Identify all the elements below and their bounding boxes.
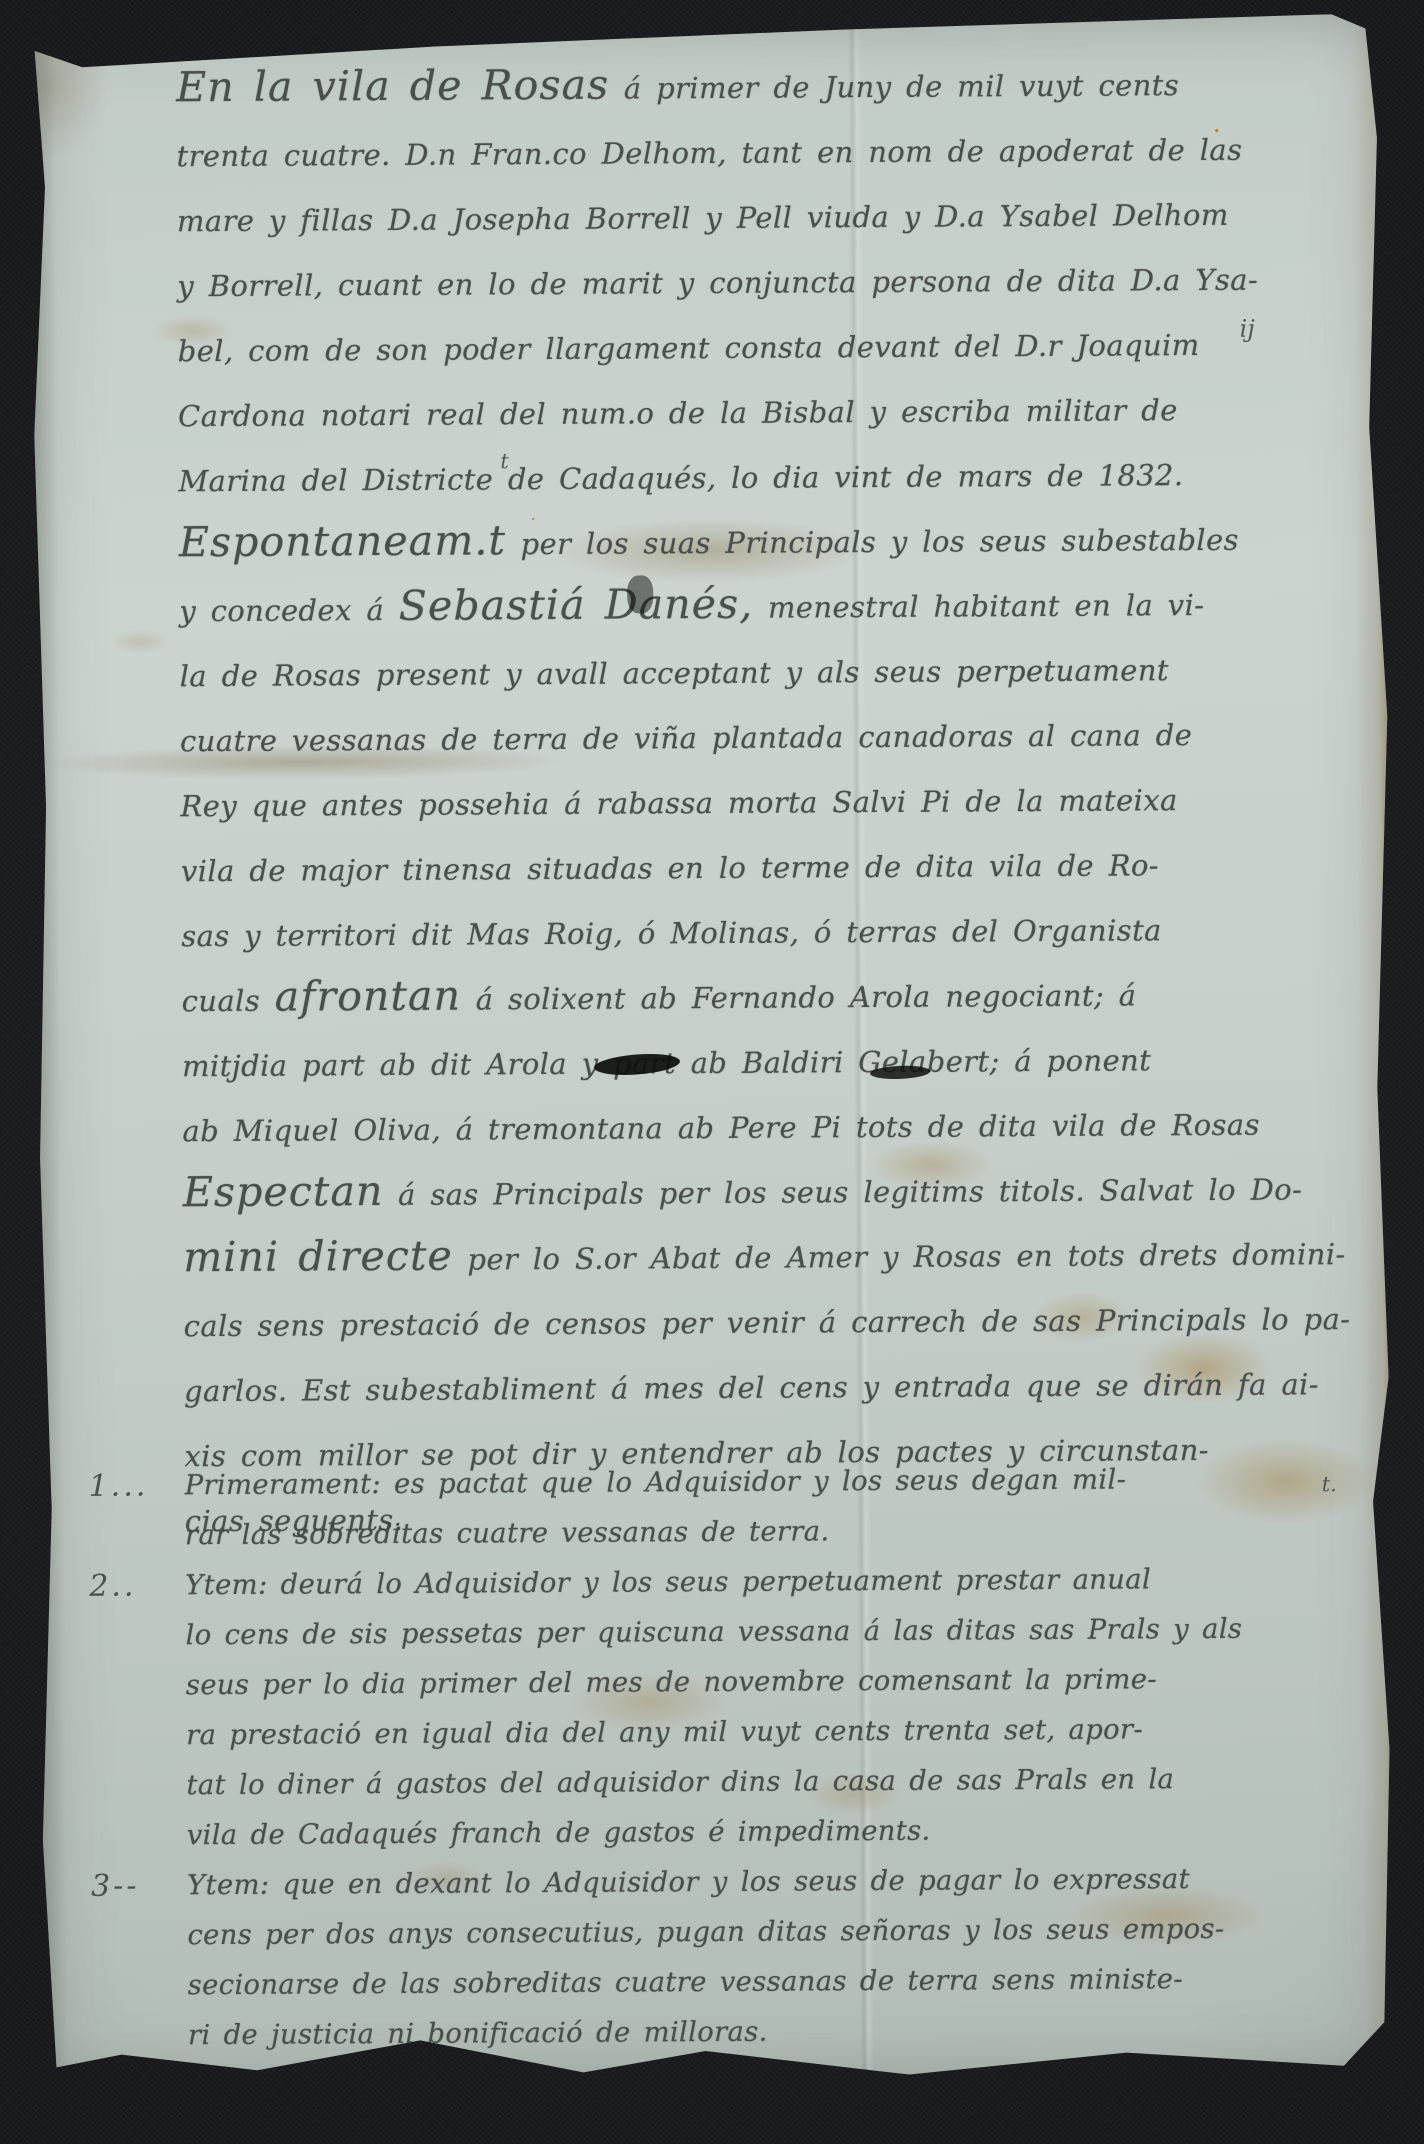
line-rest: Ytem: que en dexant lo Adquisidor y los … [187, 1863, 1190, 1901]
manuscript-line: y Borrell, cuant en lo de marit y conjun… [177, 245, 1371, 317]
line-rest: seus per lo dia primer del mes de novemb… [186, 1663, 1157, 1701]
line-pre: cuals [182, 984, 275, 1019]
line-rest: Primerament: es pactat que lo Adquisidor… [185, 1463, 1127, 1501]
manuscript-line: Rey que antes possehia á rabassa morta S… [180, 765, 1374, 837]
manuscript-line: seus per lo dia primer del mes de novemb… [186, 1653, 1380, 1710]
manuscript-line: Ytem: que en dexant lo Adquisidor y los … [187, 1853, 1381, 1910]
line-rest: vila de Cadaqués franch de gastos é impe… [187, 1815, 931, 1852]
line-pre: y concedex á [179, 593, 399, 628]
line-rest: á solixent ab Fernando Arola negociant; … [461, 978, 1137, 1016]
line-lead: Espontaneam.t [179, 516, 506, 566]
manuscript-pactes: Primerament: es pactat que lo Adquisidor… [184, 1453, 1382, 2060]
manuscript-line: sas y territori dit Mas Roig, ó Molinas,… [181, 895, 1375, 967]
line-lead: En la vila de Rosas [176, 61, 609, 112]
manuscript-line: Espectan á sas Principals per los seus l… [183, 1155, 1377, 1227]
line-rest: trenta cuatre. D.n Fran.co Delhom, tant … [176, 133, 1242, 174]
line-rest: secionarse de las sobreditas cuatre vess… [188, 1963, 1183, 2001]
manuscript-line: mare y fillas D.a Josepha Borrell y Pell… [177, 180, 1371, 252]
line-rest: sas y territori dit Mas Roig, ó Molinas,… [181, 913, 1162, 953]
line-rest: la de Rosas present y avall acceptant y … [180, 653, 1169, 693]
line-rest: vila de major tinensa situadas en lo ter… [181, 848, 1159, 888]
line-rest: y Borrell, cuant en lo de marit y conjun… [177, 263, 1258, 304]
line-rest: per lo S.or Abat de Amer y Rosas en tots… [453, 1237, 1346, 1276]
manuscript-line: tat lo diner á gastos del adquisidor din… [186, 1753, 1380, 1810]
manuscript-line: mitjdia part ab dit Arola y part ab Bald… [182, 1025, 1376, 1097]
manuscript-line: Ytem: deurá lo Adquisidor y los seus per… [185, 1553, 1379, 1610]
ink-blot [627, 575, 653, 613]
manuscript-line: lo cens de sis pessetas per quiscuna ves… [185, 1603, 1379, 1660]
manuscript-line: trenta cuatre. D.n Fran.co Delhom, tant … [176, 115, 1370, 187]
line-rest: cuatre vessanas de terra de viña plantad… [180, 718, 1192, 758]
line-rest: á primer de Juny de mil vuyt cents [609, 68, 1179, 105]
manuscript-line: En la vila de Rosas á primer de Juny de … [176, 50, 1370, 122]
manuscript-page: En la vila de Rosas á primer de Juny de … [28, 14, 1399, 2088]
manuscript-line: Primerament: es pactat que lo Adquisidor… [184, 1453, 1378, 1510]
manuscript-line: cals sens prestació de censos per venir … [183, 1285, 1377, 1357]
line-rest: ri de justicia ni bonificació de millora… [188, 2016, 768, 2052]
line-rest: menestral habitant en la vi- [753, 588, 1204, 625]
line-rest: cens per dos anys consecutius, pugan dit… [187, 1913, 1224, 1951]
line-lead: afrontan [274, 972, 461, 1021]
line-rest: Rey que antes possehia á rabassa morta S… [180, 783, 1177, 823]
scanned-photo: { "photo": { "background_color": "#14151… [0, 0, 1424, 2144]
line-rest: Marina del Districte de Cadaqués, lo dia… [178, 458, 1183, 498]
manuscript-line: y concedex á Sebastiá Danés, menestral h… [179, 570, 1373, 642]
line-rest: cals sens prestació de censos per venir … [184, 1302, 1351, 1343]
line-rest: per los suas Principals y los seus subes… [506, 523, 1239, 561]
manuscript-line: Espontaneam.t per los suas Principals y … [179, 505, 1373, 577]
line-lead: Sebastiá Danés, [399, 580, 754, 630]
line-rest: ab Miquel Oliva, á tremontana ab Pere Pi… [182, 1108, 1260, 1149]
line-rest: ra prestació en igual dia del any mil vu… [186, 1713, 1143, 1751]
superscript-t-corner: t. [1322, 1472, 1337, 1496]
manuscript-line: vila de Cadaqués franch de gastos é impe… [187, 1803, 1381, 1860]
manuscript-line: cuatre vessanas de terra de viña plantad… [180, 700, 1374, 772]
manuscript-line: ab Miquel Oliva, á tremontana ab Pere Pi… [182, 1090, 1376, 1162]
item-number-2: 2.. [89, 1569, 136, 1604]
line-rest: bel, com de son poder llargament consta … [178, 328, 1200, 368]
item-number-3: 3-- [91, 1869, 140, 1904]
manuscript-line: garlos. Est subestabliment á mes del cen… [184, 1350, 1378, 1422]
manuscript-body: En la vila de Rosas á primer de Juny de … [176, 50, 1379, 1552]
manuscript-line: Marina del Districte de Cadaqués, lo dia… [178, 440, 1372, 512]
manuscript-line: rar las sobreditas cuatre vessanas de te… [185, 1503, 1379, 1560]
manuscript-line: bel, com de son poder llargament consta … [178, 310, 1372, 382]
superscript-ij: ij [1240, 315, 1255, 343]
line-lead: Espectan [183, 1167, 384, 1216]
manuscript-line: ri de justicia ni bonificació de millora… [188, 2003, 1382, 2060]
manuscript-line: la de Rosas present y avall acceptant y … [179, 635, 1373, 707]
line-rest: Cardona notari real del num.o de la Bisb… [178, 393, 1178, 433]
line-rest: lo cens de sis pessetas per quiscuna ves… [185, 1613, 1242, 1651]
line-rest: Ytem: deurá lo Adquisidor y los seus per… [185, 1563, 1151, 1601]
manuscript-line: ra prestació en igual dia del any mil vu… [186, 1703, 1380, 1760]
superscript-t: t [500, 449, 509, 473]
manuscript-line: Cardona notari real del num.o de la Bisb… [178, 375, 1372, 447]
line-rest: á sas Principals per los seus legitims t… [383, 1172, 1302, 1212]
manuscript-line: mini directe per lo S.or Abat de Amer y … [183, 1220, 1377, 1292]
line-rest: mare y fillas D.a Josepha Borrell y Pell… [177, 198, 1229, 238]
manuscript-line: secionarse de las sobreditas cuatre vess… [188, 1953, 1382, 2010]
line-rest: rar las sobreditas cuatre vessanas de te… [185, 1515, 830, 1551]
line-lead: mini directe [183, 1232, 453, 1282]
line-rest: tat lo diner á gastos del adquisidor din… [186, 1763, 1174, 1801]
manuscript-line: vila de major tinensa situadas en lo ter… [181, 830, 1375, 902]
manuscript-line: cens per dos anys consecutius, pugan dit… [187, 1903, 1381, 1960]
manuscript-line: cuals afrontan á solixent ab Fernando Ar… [181, 960, 1375, 1032]
line-rest: garlos. Est subestabliment á mes del cen… [184, 1367, 1319, 1408]
item-number-1: 1... [89, 1468, 149, 1503]
